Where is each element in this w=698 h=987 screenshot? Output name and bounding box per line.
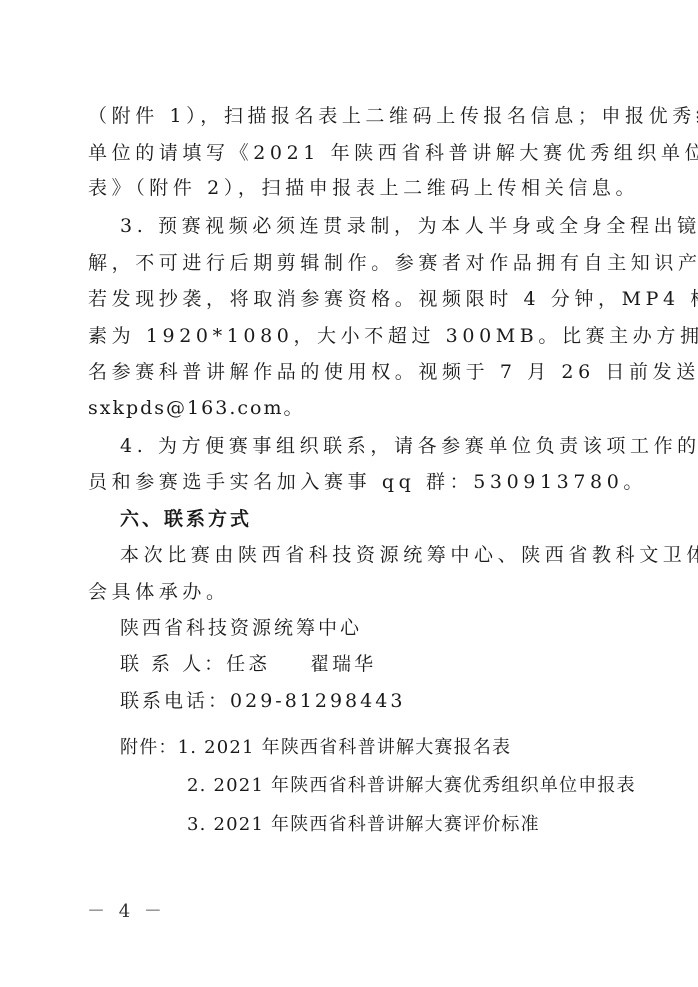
contact-phone-number: 029-81298443	[230, 690, 405, 712]
contact-person: 翟瑞华	[310, 653, 376, 675]
paragraph-line: 3. 预赛视频必须连贯录制，为本人半身或全身全程出镜讲	[120, 214, 618, 238]
paragraph-line: （附件 1），扫描报名表上二维码上传报名信息；申报优秀组织	[88, 104, 618, 128]
paragraph-line: 名参赛科普讲解作品的使用权。视频于 7 月 26 日前发送至邮箱：	[88, 360, 618, 384]
paragraph-line: 单位的请填写《2021 年陕西省科普讲解大赛优秀组织单位申报	[88, 141, 618, 165]
paragraph-line: 表》（附件 2），扫描申报表上二维码上传相关信息。	[88, 176, 618, 200]
contact-person: 任忞	[226, 653, 270, 675]
paragraph-line: 若发现抄袭，将取消参赛资格。视频限时 4 分钟，MP4 格式，像	[88, 287, 618, 311]
attachment-item: 1. 2021 年陕西省科普讲解大赛报名表	[178, 737, 512, 758]
attachment-item: 3. 2021 年陕西省科普讲解大赛评价标准	[187, 813, 698, 837]
contact-organization: 陕西省科技资源统筹中心	[120, 616, 650, 640]
contact-phone: 联系电话：029-81298443	[120, 689, 650, 713]
contact-phone-label: 联系电话：	[120, 690, 230, 712]
email-address: sxkpds@163.com。	[88, 396, 618, 420]
paragraph-line: 本次比赛由陕西省科技资源统筹中心、陕西省教科文卫体工	[120, 543, 618, 567]
section-heading: 六、联系方式	[120, 507, 618, 531]
attachment-item: 2. 2021 年陕西省科普讲解大赛优秀组织单位申报表	[187, 774, 698, 798]
paragraph-line: 4. 为方便赛事组织联系，请各参赛单位负责该项工作的人	[120, 434, 618, 458]
contact-person-label: 联 系 人：	[120, 653, 226, 675]
paragraph-line: 员和参赛选手实名加入赛事 qq 群：530913780。	[88, 470, 618, 494]
paragraph-line: 素为 1920*1080，大小不超过 300MB。比赛主办方拥有对所有报	[88, 324, 618, 348]
paragraph-line: 会具体承办。	[88, 580, 618, 604]
attachment-row: 附件：1. 2021 年陕西省科普讲解大赛报名表	[120, 736, 650, 760]
paragraph-line: 解，不可进行后期剪辑制作。参赛者对作品拥有自主知识产权，	[88, 251, 618, 275]
attachments-label: 附件：	[120, 737, 178, 758]
page-number: － 4 －	[87, 897, 166, 923]
contact-persons: 联 系 人：任忞翟瑞华	[120, 652, 650, 676]
